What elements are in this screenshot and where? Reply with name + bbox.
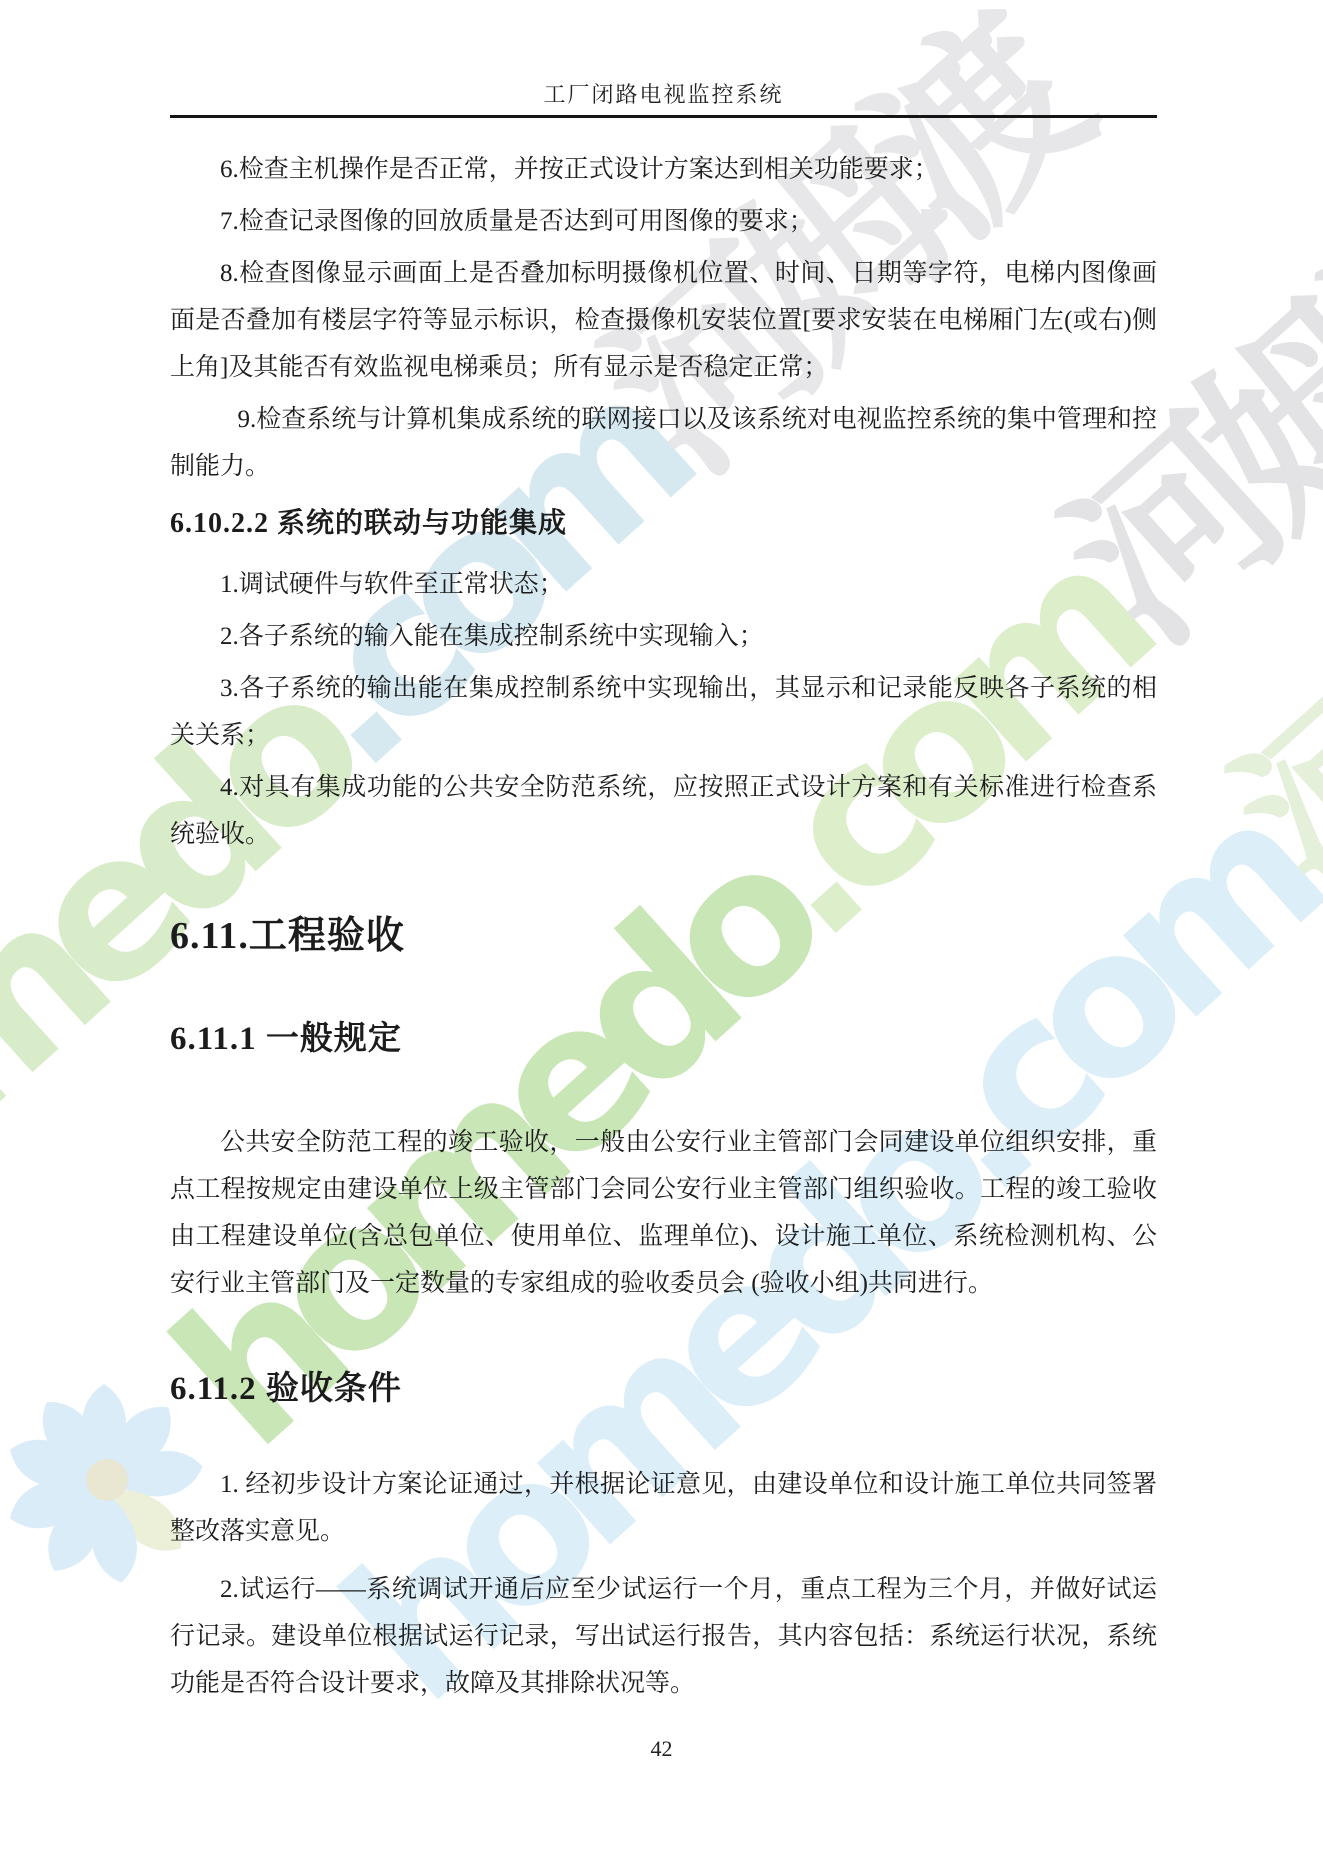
- list-item: 1.调试硬件与软件至正常状态；: [170, 561, 1157, 608]
- list-item: 1. 经初步设计方案论证通过，并根据论证意见，由建设单位和设计施工单位共同签署整…: [170, 1461, 1157, 1555]
- document-page: homedo.com河姆渡 homedo.com河姆渡 homedo.com河姆…: [0, 0, 1323, 1871]
- list-item: 8.检查图像显示画面上是否叠加标明摄像机位置、时间、日期等字符，电梯内图像画面是…: [170, 250, 1157, 391]
- paragraph: 公共安全防范工程的竣工验收，一般由公安行业主管部门会同建设单位组织安排，重点工程…: [170, 1119, 1157, 1307]
- list-item: 6.检查主机操作是否正常，并按正式设计方案达到相关功能要求；: [170, 146, 1157, 193]
- page-header-title: 工厂闭路电视监控系统: [170, 0, 1157, 109]
- chapter-heading: 6.11.工程验收: [170, 912, 1157, 960]
- list-item: 7.检查记录图像的回放质量是否达到可用图像的要求；: [170, 198, 1157, 245]
- section-heading: 6.10.2.2 系统的联动与功能集成: [170, 506, 1157, 542]
- section-heading: 6.11.2 验收条件: [170, 1368, 1157, 1410]
- list-item: 3.各子系统的输出能在集成控制系统中实现输出，其显示和记录能反映各子系统的相关关…: [170, 665, 1157, 759]
- page-number: 42: [0, 1736, 1323, 1762]
- list-item: 2.试运行——系统调试开通后应至少试运行一个月，重点工程为三个月，并做好试运行记…: [170, 1566, 1157, 1707]
- list-item: 9.检查系统与计算机集成系统的联网接口以及该系统对电视监控系统的集中管理和控制能…: [170, 396, 1157, 490]
- list-item: 4.对具有集成功能的公共安全防范系统，应按照正式设计方案和有关标准进行检查系统验…: [170, 764, 1157, 858]
- list-item: 2.各子系统的输入能在集成控制系统中实现输入；: [170, 613, 1157, 660]
- page-header: 工厂闭路电视监控系统: [170, 0, 1157, 118]
- document-content: 工厂闭路电视监控系统 6.检查主机操作是否正常，并按正式设计方案达到相关功能要求…: [0, 0, 1323, 1871]
- section-heading: 6.11.1 一般规定: [170, 1018, 1157, 1060]
- document-body: 6.检查主机操作是否正常，并按正式设计方案达到相关功能要求； 7.检查记录图像的…: [170, 118, 1157, 1707]
